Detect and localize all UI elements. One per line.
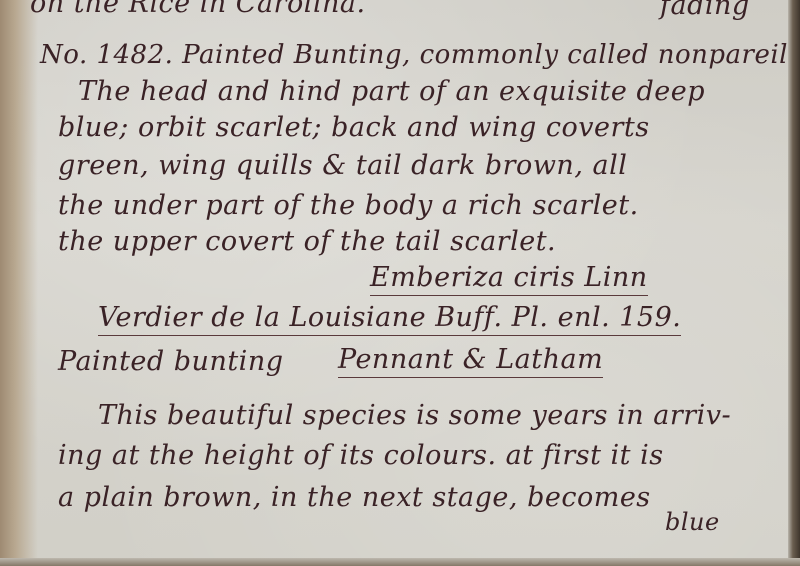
description-line-5: the upper covert of the tail scarlet.	[58, 226, 556, 257]
manuscript-page: on the Rice in Carolina. fading No. 1482…	[0, 0, 790, 560]
narrative-line-3: a plain brown, in the next stage, become…	[58, 482, 651, 513]
entry-heading: No. 1482. Painted Bunting, commonly call…	[40, 40, 788, 70]
narrative-line-4: blue	[665, 508, 720, 536]
page-edge	[788, 0, 800, 566]
authors-ref: Pennant & Latham	[338, 344, 603, 378]
page-bottom-edge	[0, 558, 800, 566]
narrative-line-1: This beautiful species is some years in …	[98, 400, 731, 431]
synonym-reference: Verdier de la Louisiane Buff. Pl. enl. 1…	[98, 302, 681, 336]
description-line-1: The head and hind part of an exquisite d…	[78, 76, 705, 107]
description-line-4: the under part of the body a rich scarle…	[58, 190, 639, 221]
description-line-3: green, wing quills & tail dark brown, al…	[58, 150, 627, 181]
narrative-line-2: ing at the height of its colours. at fir…	[58, 440, 664, 471]
description-line-2: blue; orbit scarlet; back and wing cover…	[58, 112, 650, 143]
text-line-carried-over: on the Rice in Carolina.	[30, 0, 366, 19]
text-line-carried-over-right: fading	[660, 0, 750, 21]
common-name-ref: Painted bunting	[58, 346, 284, 377]
scientific-name: Emberiza ciris Linn	[370, 262, 648, 296]
book-spine-shadow	[0, 0, 38, 566]
